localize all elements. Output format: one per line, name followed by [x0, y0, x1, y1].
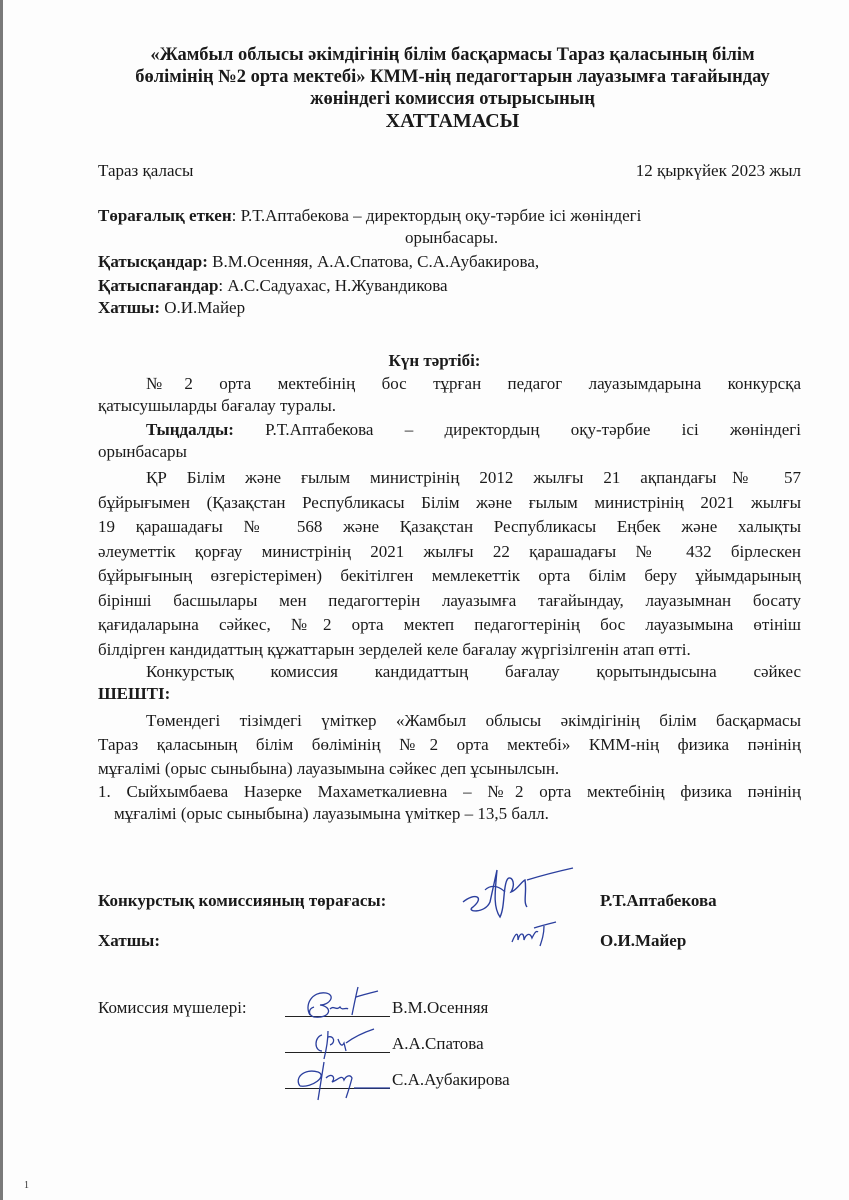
secretary-sign-label: Хатшы:	[98, 930, 160, 952]
commission-block: Конкурстық комиссия кандидаттың бағалау …	[98, 661, 801, 705]
main-line: бірінші басшылары мен педагогтерін лауаз…	[98, 589, 801, 614]
chair-line: Төрағалық еткен: Р.Т.Аптабекова – директ…	[98, 205, 641, 227]
corner-mark: 1	[24, 1180, 29, 1191]
candidate-line-2: мұғалімі (орыс сыныбына) лауазымына үміт…	[98, 803, 801, 825]
chair-sign-label: Конкурстық комиссияның төрағасы:	[98, 890, 386, 912]
present-value: В.М.Осенняя, А.А.Спатова, С.А.Аубакирова…	[208, 252, 539, 271]
member-signature-icon	[308, 1025, 378, 1060]
member-signature-icon	[292, 1058, 392, 1103]
main-line: 19 қарашадағы № 568 және Қазақстан Респу…	[98, 515, 801, 540]
agenda-text: №2 орта мектебінің бос тұрған педагог ла…	[98, 373, 801, 417]
chair-sign-name: Р.Т.Аптабекова	[600, 890, 717, 912]
absent-label: Қатыспағандар	[98, 276, 218, 295]
main-line: білдірген кандидаттың құжаттарын зерделе…	[98, 638, 801, 663]
secretary-label: Хатшы:	[98, 298, 160, 317]
candidate-list: 1. Сыйхымбаева Назерке Махаметкалиевна –…	[98, 781, 801, 825]
decision-line: Төмендегі тізімдегі үміткер «Жамбыл облы…	[98, 709, 801, 733]
member-name: А.А.Спатова	[392, 1033, 484, 1055]
members-label: Комиссия мүшелері:	[98, 997, 247, 1019]
present-line: Қатысқандар: В.М.Осенняя, А.А.Спатова, С…	[98, 251, 539, 273]
absent-value: : А.С.Садуахас, Н.Жувандикова	[218, 276, 447, 295]
main-line: бұйрығымен (Қазақстан Республикасы Білім…	[98, 491, 801, 516]
agenda-line-1: №2 орта мектебінің бос тұрған педагог ла…	[98, 373, 801, 395]
main-line: бұйрығының өзгерістерімен) бекітілген ме…	[98, 564, 801, 589]
decision-line: Тараз қаласының білім бөлімінің №2 орта …	[98, 733, 801, 757]
document-title: «Жамбыл облысы әкімдігінің білім басқарм…	[95, 44, 810, 132]
decision-paragraph: Төмендегі тізімдегі үміткер «Жамбыл облы…	[98, 709, 801, 781]
main-line: қағидаларына сәйкес, №2 орта мектеп педа…	[98, 613, 801, 638]
title-line-2: бөлімінің №2 орта мектебі» КММ-нің педаг…	[95, 66, 810, 88]
commission-line: Конкурстық комиссия кандидаттың бағалау …	[98, 661, 801, 683]
main-paragraph: ҚР Білім және ғылым министрінің 2012 жыл…	[98, 466, 801, 662]
present-label: Қатысқандар:	[98, 252, 208, 271]
member-signature-icon	[300, 985, 380, 1025]
secretary-line: Хатшы: О.И.Майер	[98, 297, 245, 319]
chair-value-cont: орынбасары.	[405, 227, 498, 249]
heard-line-1: Тыңдалды: Р.Т.Аптабекова – директордың о…	[98, 419, 801, 441]
chair-value: : Р.Т.Аптабекова – директордың оқу-тәрби…	[232, 206, 642, 225]
member-name: С.А.Аубакирова	[392, 1069, 510, 1091]
chair-label: Төрағалық еткен	[98, 206, 232, 225]
date: 12 қыркүйек 2023 жыл	[636, 160, 801, 182]
member-name: В.М.Осенняя	[392, 997, 488, 1019]
candidate-item: 1. Сыйхымбаева Назерке Махаметкалиевна –…	[98, 781, 801, 825]
title-line-3: жөніндегі комиссия отырысының	[95, 88, 810, 110]
agenda-heading: Күн тәртібі:	[0, 350, 849, 372]
absent-line: Қатыспағандар: А.С.Садуахас, Н.Жувандико…	[98, 275, 448, 297]
title-line-1: «Жамбыл облысы әкімдігінің білім басқарм…	[95, 44, 810, 66]
decision-line: мұғалімі (орыс сыныбына) лауазымына сәйк…	[98, 757, 801, 781]
heard-label: Тыңдалды:	[146, 420, 234, 439]
decided-label: ШЕШТІ:	[98, 683, 801, 705]
heard-block: Тыңдалды: Р.Т.Аптабекова – директордың о…	[98, 419, 801, 463]
document-page: «Жамбыл облысы әкімдігінің білім басқарм…	[0, 0, 849, 1200]
title-line-4: ХАТТАМАСЫ	[95, 110, 810, 132]
candidate-line-1: 1. Сыйхымбаева Назерке Махаметкалиевна –…	[98, 781, 801, 803]
main-line: әлеуметтік қорғау министрінің 2021 жылғы…	[98, 540, 801, 565]
city: Тараз қаласы	[98, 160, 193, 182]
secretary-signature-icon	[510, 918, 560, 948]
secretary-value: О.И.Майер	[160, 298, 245, 317]
heard-line-2: орынбасары	[98, 441, 801, 463]
main-line: ҚР Білім және ғылым министрінің 2012 жыл…	[98, 466, 801, 491]
secretary-sign-name: О.И.Майер	[600, 930, 686, 952]
heard-value: Р.Т.Аптабекова – директордың оқу-тәрбие …	[234, 420, 801, 439]
agenda-line-2: қатысушыларды бағалау туралы.	[98, 395, 801, 417]
